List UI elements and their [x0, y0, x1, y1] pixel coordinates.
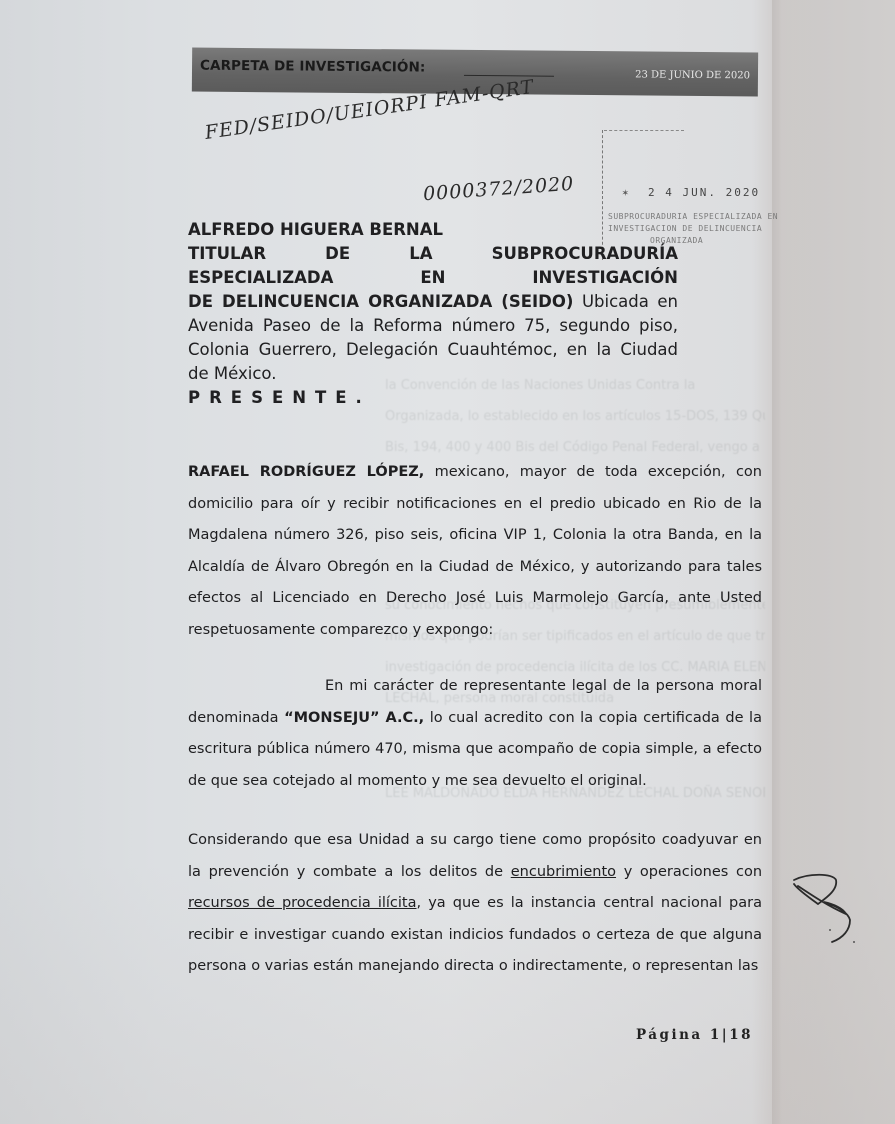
underlined-term: recursos de procedencia ilícita: [188, 895, 417, 911]
petitioner-name: RAFAEL RODRÍGUEZ LÓPEZ,: [188, 464, 424, 480]
stamp-date: 2 4 JUN. 2020: [648, 186, 760, 199]
page-current: 1: [710, 1027, 722, 1043]
addressee-name: ALFREDO HIGUERA BERNAL: [188, 218, 678, 242]
addressee-title-line1: TITULAR DE LA SUBPROCURADURÍA: [188, 242, 678, 266]
paragraph-representation: En mi carácter de representante legal de…: [188, 671, 762, 797]
document-date: 23 DE JUNIO DE 2020: [635, 69, 750, 81]
underlined-term: encubrimiento: [511, 864, 616, 880]
page-total: 18: [729, 1027, 753, 1043]
salutation: PRESENTE.: [188, 386, 678, 410]
handwritten-case-number-2: 0000372/2020: [422, 173, 575, 206]
page-label: Página: [636, 1027, 703, 1043]
title-word: ESPECIALIZADA: [188, 268, 333, 287]
addressee-block: ALFREDO HIGUERA BERNAL TITULAR DE LA SUB…: [188, 218, 678, 410]
organization-name: “MONSEJU” A.C.,: [284, 710, 424, 726]
signature-initials-icon: [788, 868, 868, 958]
title-word: DE: [325, 244, 350, 263]
page-number: Página 1|18: [636, 1027, 753, 1043]
address-start: Ubicada: [573, 292, 648, 311]
title-word: EN: [420, 268, 445, 287]
star-icon: ✶: [622, 186, 629, 199]
paragraph-petitioner: RAFAEL RODRÍGUEZ LÓPEZ, mexicano, mayor …: [188, 457, 762, 646]
paragraph-text: mexicano, mayor de toda excepción, con d…: [188, 464, 762, 638]
title-word: SUBPROCURADURÍA: [492, 244, 678, 263]
addressee-title-line2: ESPECIALIZADA EN INVESTIGACIÓN: [188, 266, 678, 290]
addressee-address: DE DELINCUENCIA ORGANIZADA (SEIDO) Ubica…: [188, 290, 678, 386]
paragraph-text: y operaciones con: [616, 864, 762, 880]
paragraph-considering: Considerando que esa Unidad a su cargo t…: [188, 825, 762, 983]
stamp-border-top: [604, 130, 684, 131]
case-file-blank-line: [464, 75, 554, 77]
office-name: DE DELINCUENCIA ORGANIZADA (SEIDO): [188, 292, 573, 311]
title-word: TITULAR: [188, 244, 266, 263]
title-word: LA: [409, 244, 432, 263]
case-file-label: CARPETA DE INVESTIGACIÓN:: [200, 58, 426, 76]
title-word: INVESTIGACIÓN: [532, 268, 678, 287]
